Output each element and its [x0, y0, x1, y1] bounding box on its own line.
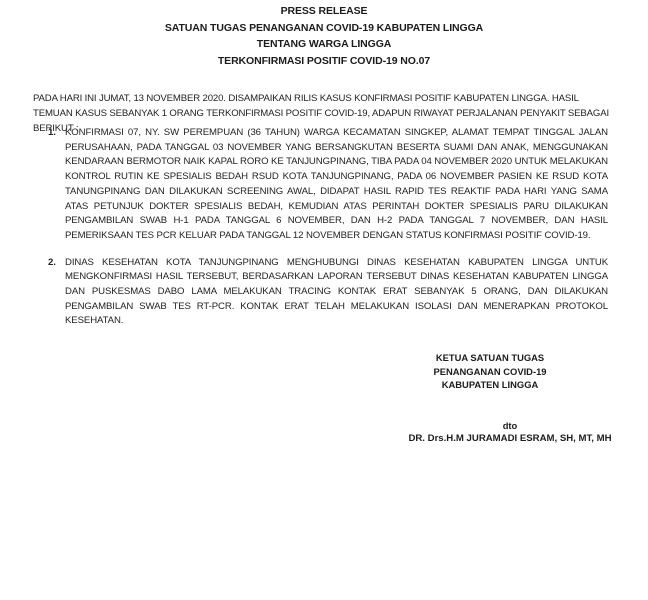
press-release-page: PRESS RELEASE SATUAN TUGAS PENANGANAN CO… [0, 0, 648, 600]
signatory-name: DR. Drs.H.M JURAMADI ESRAM, SH, MT, MH [380, 432, 640, 446]
list-item: 2. DINAS KESEHATAN KOTA TANJUNGPINANG ME… [48, 256, 608, 330]
list-item-number: 1. [48, 126, 56, 141]
signature-dto: dto [380, 419, 640, 433]
header-organization: SATUAN TUGAS PENANGANAN COVID-19 KABUPAT… [0, 20, 648, 37]
header-press-release: PRESS RELEASE [0, 3, 648, 20]
list-item-number: 2. [48, 256, 56, 271]
signature-title-line3: KABUPATEN LINGGA [380, 378, 600, 392]
list-item-text: DINAS KESEHATAN KOTA TANJUNGPINANG MENGH… [65, 257, 608, 327]
case-details-list: 1. KONFIRMASI 07, NY. SW PEREMPUAN (36 T… [48, 126, 608, 341]
signature-title-block: KETUA SATUAN TUGAS PENANGANAN COVID-19 K… [380, 351, 600, 392]
list-item-text: KONFIRMASI 07, NY. SW PEREMPUAN (36 TAHU… [65, 127, 608, 241]
list-item: 1. KONFIRMASI 07, NY. SW PEREMPUAN (36 T… [48, 126, 608, 244]
header-release-number: TERKONFIRMASI POSITIF COVID-19 NO.07 [0, 53, 648, 70]
document-header: PRESS RELEASE SATUAN TUGAS PENANGANAN CO… [0, 3, 648, 69]
signature-title-line2: PENANGANAN COVID-19 [380, 365, 600, 379]
header-subject: TENTANG WARGA LINGGA [0, 36, 648, 53]
signature-title-line1: KETUA SATUAN TUGAS [380, 351, 600, 365]
